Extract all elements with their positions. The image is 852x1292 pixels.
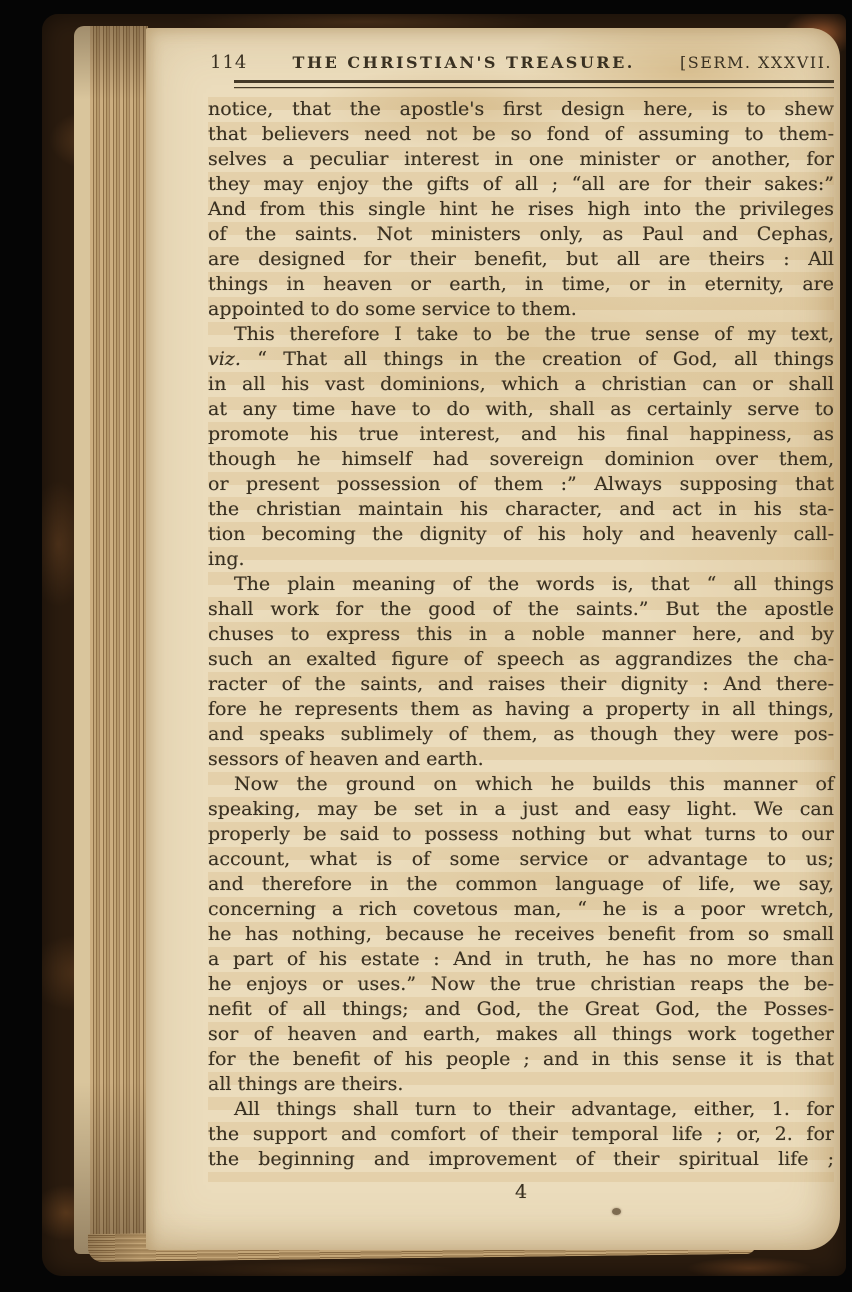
paragraph: The plain meaning of the words is, that … <box>208 572 834 772</box>
text-line: The plain meaning of the words is, that … <box>208 572 834 597</box>
text-line: he enjoys or uses.” Now the true christi… <box>208 972 834 997</box>
text-line: the support and comfort of their tempora… <box>208 1122 834 1147</box>
text-line: at any time have to do with, shall as ce… <box>208 397 834 422</box>
text-line: fore he represents them as having a prop… <box>208 697 834 722</box>
text-line: notice, that the apostle's first design … <box>208 97 834 122</box>
text-line: All things shall turn to their advantage… <box>208 1097 834 1122</box>
text-line: shall work for the good of the saints.” … <box>208 597 834 622</box>
text-line: chuses to express this in a noble manner… <box>208 622 834 647</box>
text-line: he has nothing, because he receives bene… <box>208 922 834 947</box>
page-number: 114 <box>210 52 247 73</box>
text-line: and therefore in the common language of … <box>208 872 834 897</box>
text-line: appointed to do some service to them. <box>208 297 834 322</box>
text-line: that believers need not be so fond of as… <box>208 122 834 147</box>
text-line: the beginning and improvement of their s… <box>208 1147 834 1172</box>
text-line: And from this single hint he rises high … <box>208 197 834 222</box>
text-line: promote his true interest, and his final… <box>208 422 834 447</box>
text-line: ing. <box>208 547 834 572</box>
text-line: properly be said to possess nothing but … <box>208 822 834 847</box>
sermon-number-label: [SERM. XXXVII. <box>680 53 832 72</box>
running-title: THE CHRISTIAN'S TREASURE. <box>293 53 635 71</box>
text-line: sor of heaven and earth, makes all thing… <box>208 1022 834 1047</box>
text-line: for the benefit of his people ; and in t… <box>208 1047 834 1072</box>
text-line: Now the ground on which he builds this m… <box>208 772 834 797</box>
paragraph: All things shall turn to their advantage… <box>208 1097 834 1172</box>
text-line: concerning a rich covetous man, “ he is … <box>208 897 834 922</box>
paper-speck <box>612 1208 621 1215</box>
text-line: This therefore I take to be the true sen… <box>208 322 834 347</box>
page-stack-edges-left <box>74 26 148 1254</box>
text-line: viz. “ That all things in the creation o… <box>208 347 834 372</box>
text-line: in all his vast dominions, which a chris… <box>208 372 834 397</box>
text-line: account, what is of some service or adva… <box>208 847 834 872</box>
paragraph: This therefore I take to be the true sen… <box>208 322 834 572</box>
text-line: things in heaven or earth, in time, or i… <box>208 272 834 297</box>
head-rule <box>234 80 834 88</box>
paragraph: Now the ground on which he builds this m… <box>208 772 834 1097</box>
text-line: a part of his estate : And in truth, he … <box>208 947 834 972</box>
text-line: they may enjoy the gifts of all ; “all a… <box>208 172 834 197</box>
text-line: of the saints. Not ministers only, as Pa… <box>208 222 834 247</box>
text-line: though he himself had sovereign dominion… <box>208 447 834 472</box>
text-line: are designed for their benefit, but all … <box>208 247 834 272</box>
signature-mark: 4 <box>208 1181 834 1203</box>
book-page: 114 THE CHRISTIAN'S TREASURE. [SERM. XXX… <box>146 28 840 1250</box>
text-line: racter of the saints, and raises their d… <box>208 672 834 697</box>
text-line: the christian maintain his character, an… <box>208 497 834 522</box>
text-line: speaking, may be set in a just and easy … <box>208 797 834 822</box>
text-line: or present possession of them :” Always … <box>208 472 834 497</box>
text-line: selves a peculiar interest in one minist… <box>208 147 834 172</box>
page-content: 114 THE CHRISTIAN'S TREASURE. [SERM. XXX… <box>208 52 834 1250</box>
text-line: nefit of all things; and God, the Great … <box>208 997 834 1022</box>
running-head: 114 THE CHRISTIAN'S TREASURE. [SERM. XXX… <box>208 52 834 73</box>
text-line: and speaks sublimely of them, as though … <box>208 722 834 747</box>
text-line: tion becoming the dignity of his holy an… <box>208 522 834 547</box>
text-line: such an exalted figure of speech as aggr… <box>208 647 834 672</box>
text-line: all things are theirs. <box>208 1072 834 1097</box>
page-body: notice, that the apostle's first design … <box>208 97 834 1172</box>
text-line: sessors of heaven and earth. <box>208 747 834 772</box>
paragraph: notice, that the apostle's first design … <box>208 97 834 322</box>
